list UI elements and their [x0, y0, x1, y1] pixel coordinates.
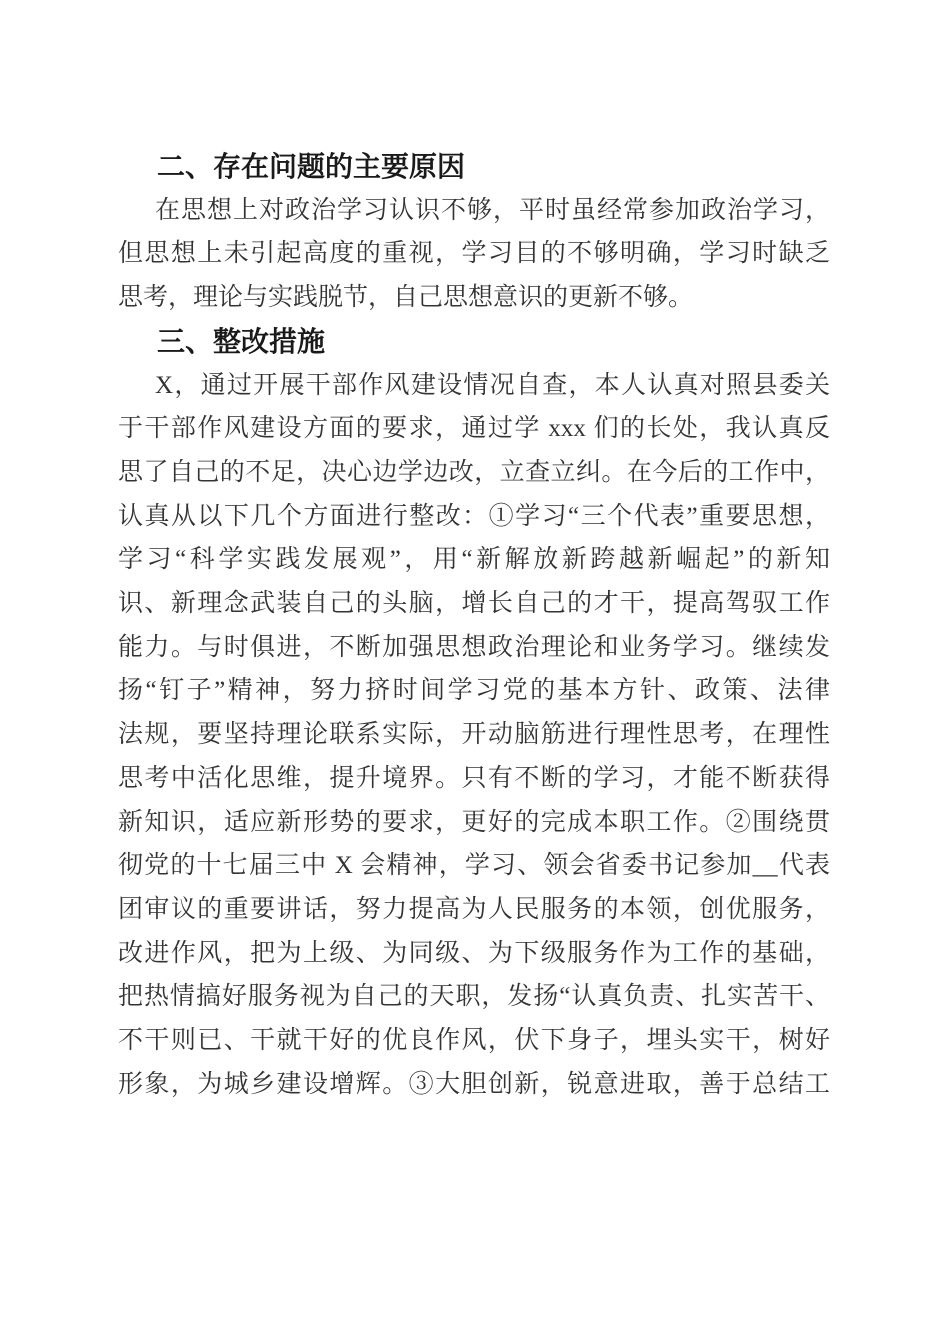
- section-heading: 二、存在问题的主要原因: [118, 145, 830, 189]
- paragraph-line: 思考，理论与实践脱节，自己思想意识的更新不够。: [118, 276, 830, 320]
- paragraph-line: 思了自己的不足，决心边学边改，立查立纠。在今后的工作中，: [118, 451, 830, 495]
- document-page: 二、存在问题的主要原因在思想上对政治学习认识不够，平时虽经常参加政治学习，但思想…: [0, 0, 950, 1344]
- paragraph-line: 识、新理念武装自己的头脑，增长自己的才干，提高驾驭工作: [118, 582, 830, 626]
- paragraph-line: 在思想上对政治学习认识不够，平时虽经常参加政治学习，: [118, 189, 830, 233]
- section-heading: 三、整改措施: [118, 320, 830, 364]
- paragraph-line: 能力。与时俱进，不断加强思想政治理论和业务学习。继续发: [118, 626, 830, 670]
- paragraph: X，通过开展干部作风建设情况自查，本人认真对照县委关于干部作风建设方面的要求，通…: [118, 364, 830, 1107]
- paragraph-line: 新知识，适应新形势的要求，更好的完成本职工作。②围绕贯: [118, 801, 830, 845]
- paragraph-line: 但思想上未引起高度的重视，学习目的不够明确，学习时缺乏: [118, 232, 830, 276]
- paragraph-line: 改进作风，把为上级、为同级、为下级服务作为工作的基础，: [118, 932, 830, 976]
- paragraph-line: 思考中活化思维，提升境界。只有不断的学习，才能不断获得: [118, 757, 830, 801]
- paragraph-line: 形象，为城乡建设增辉。③大胆创新，锐意进取，善于总结工: [118, 1063, 830, 1107]
- paragraph-line: X，通过开展干部作风建设情况自查，本人认真对照县委关: [118, 364, 830, 408]
- paragraph-line: 把热情搞好服务视为自己的天职，发扬“认真负责、扎实苦干、: [118, 975, 830, 1019]
- paragraph: 在思想上对政治学习认识不够，平时虽经常参加政治学习，但思想上未引起高度的重视，学…: [118, 189, 830, 320]
- paragraph-line: 法规，要坚持理论联系实际，开动脑筋进行理性思考，在理性: [118, 713, 830, 757]
- paragraph-line: 扬“钉子”精神，努力挤时间学习党的基本方针、政策、法律: [118, 669, 830, 713]
- paragraph-line: 团审议的重要讲话，努力提高为人民服务的本领，创优服务，: [118, 888, 830, 932]
- document-body: 二、存在问题的主要原因在思想上对政治学习认识不够，平时虽经常参加政治学习，但思想…: [118, 145, 830, 1106]
- paragraph-line: 学习“科学实践发展观”，用“新解放新跨越新崛起”的新知: [118, 538, 830, 582]
- paragraph-line: 于干部作风建设方面的要求，通过学 xxx 们的长处，我认真反: [118, 407, 830, 451]
- paragraph-line: 认真从以下几个方面进行整改：①学习“三个代表”重要思想，: [118, 495, 830, 539]
- paragraph-line: 不干则已、干就干好的优良作风，伏下身子，埋头实干，树好: [118, 1019, 830, 1063]
- paragraph-line: 彻党的十七届三中 X 会精神，学习、领会省委书记参加__代表: [118, 844, 830, 888]
